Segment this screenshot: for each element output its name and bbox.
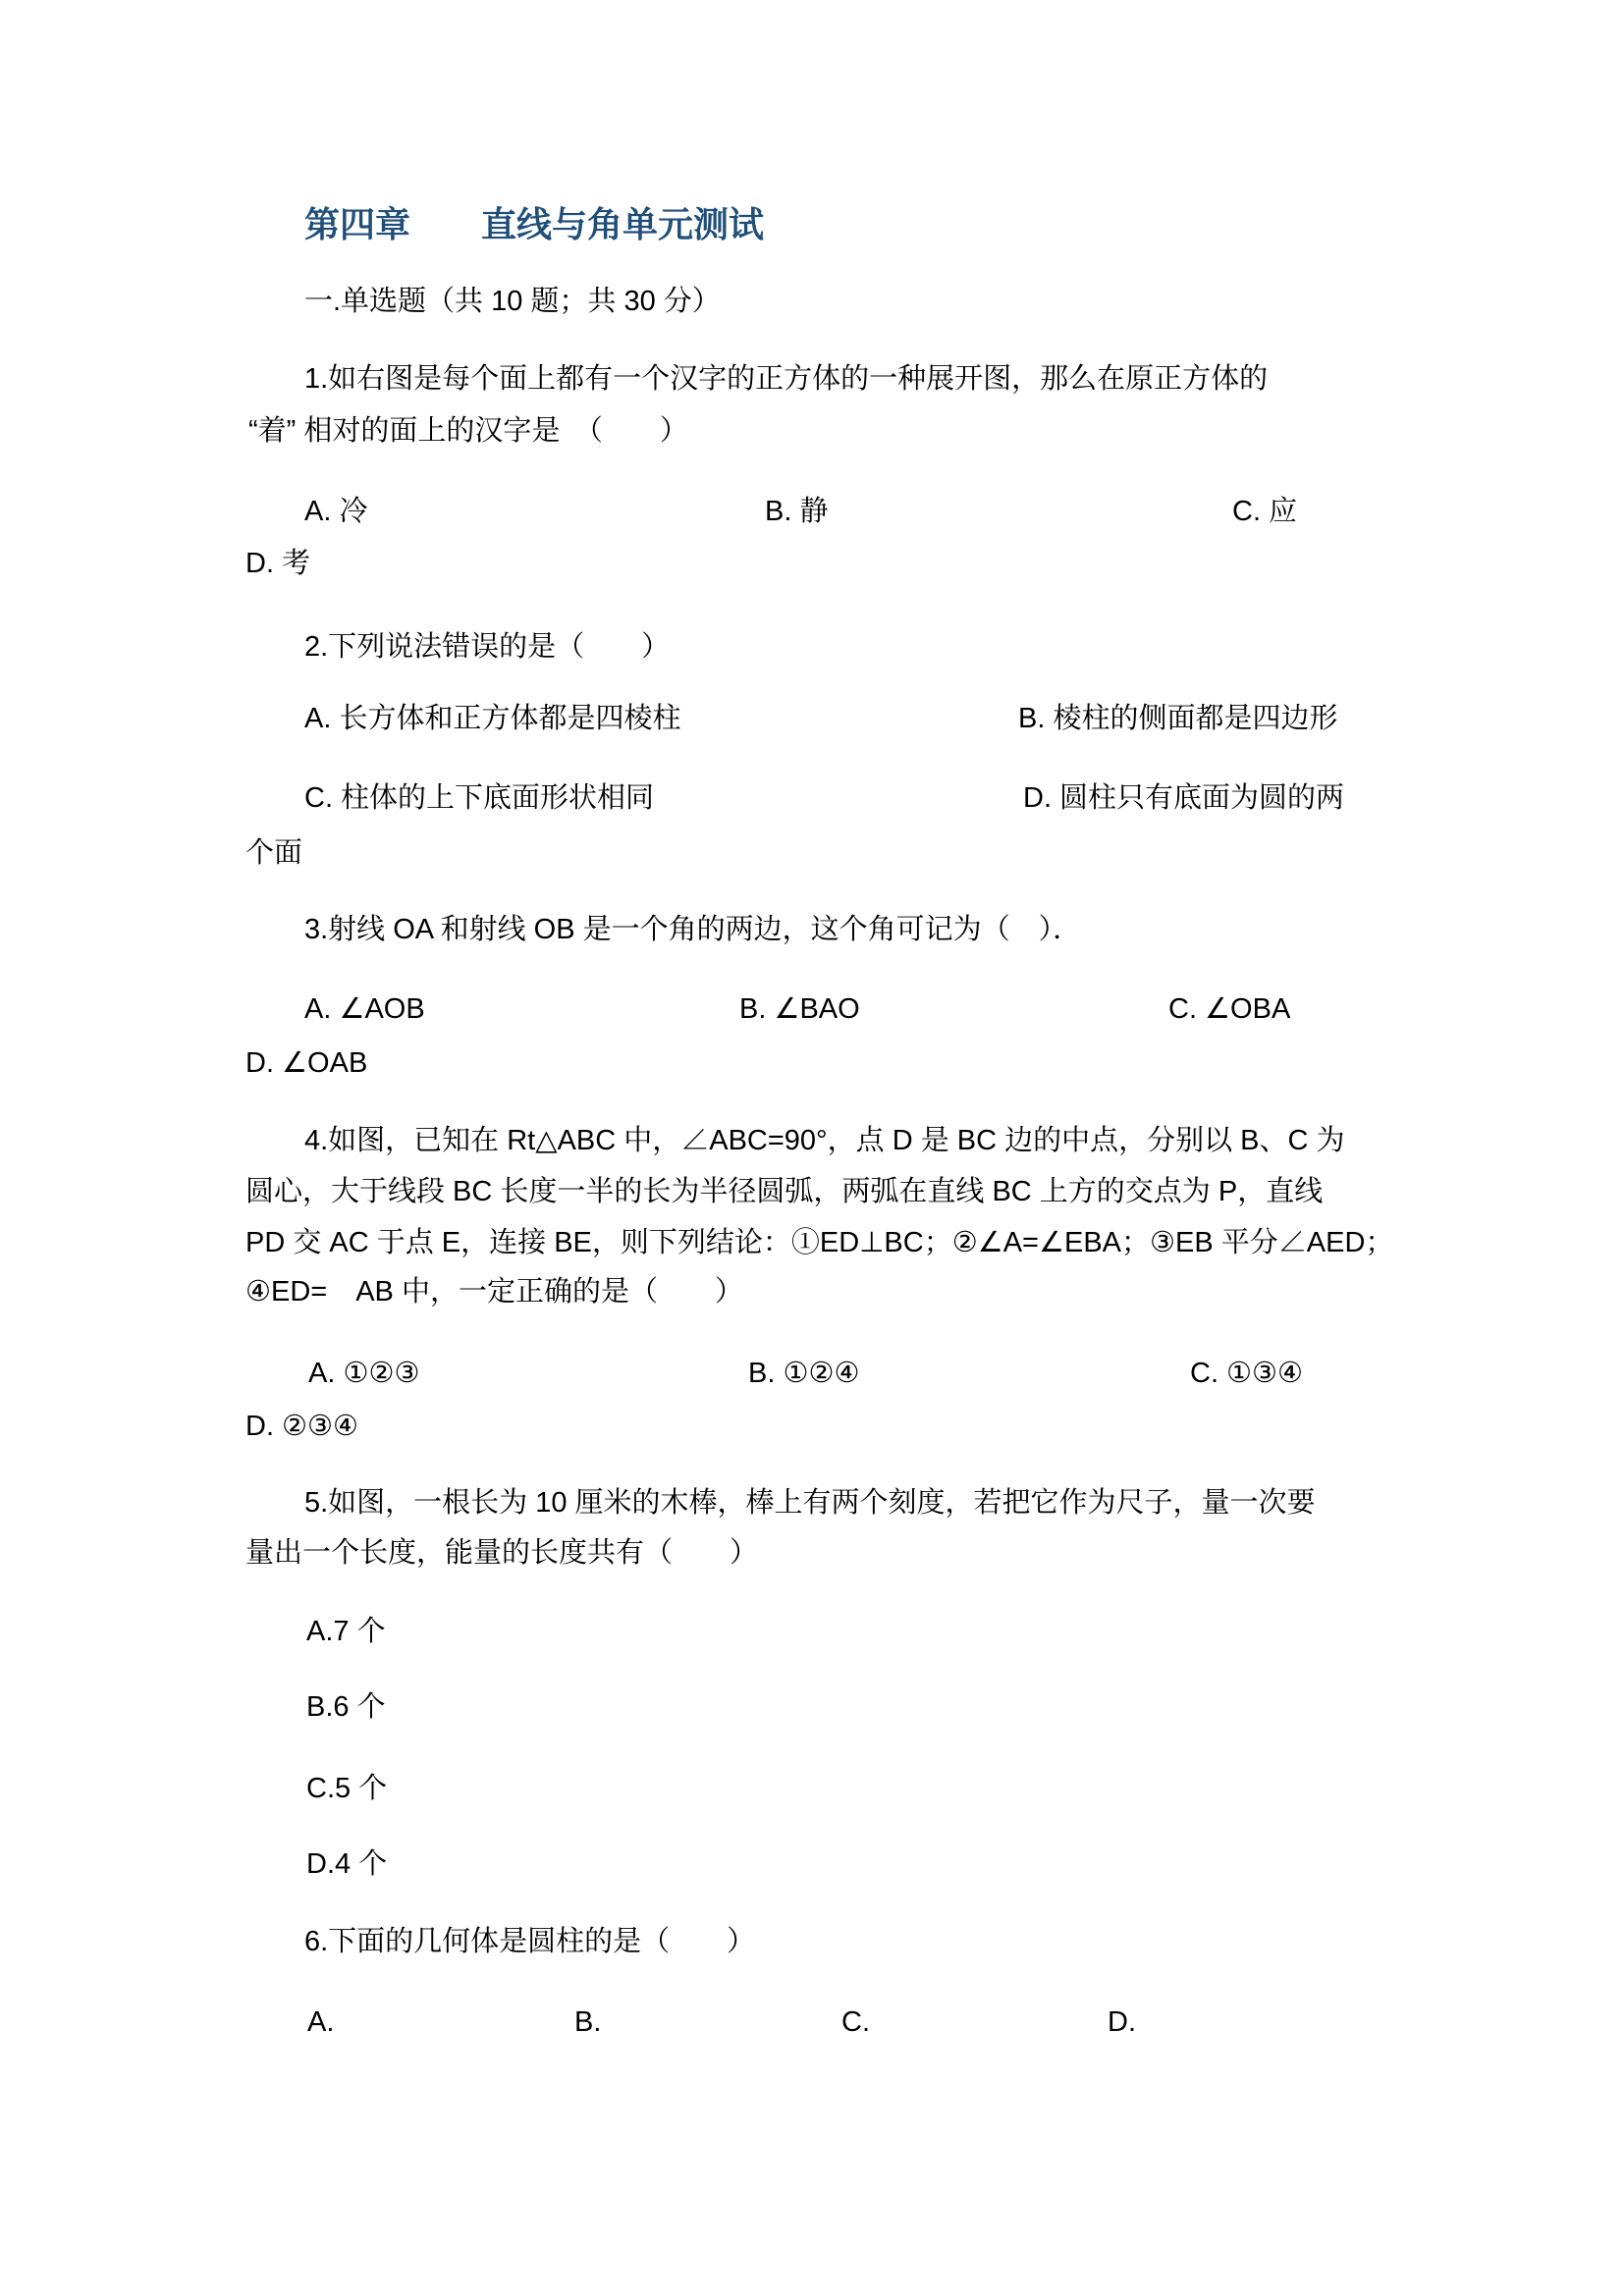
question-2-option-b: B. 棱柱的侧面都是四边形 — [1018, 701, 1337, 736]
question-2-option-a: A. 长方体和正方体都是四棱柱 — [304, 701, 680, 736]
question-6-line-1: 6.下面的几何体是圆柱的是（ ） — [304, 1924, 755, 1959]
question-1-option-c: C. 应 — [1232, 494, 1297, 529]
question-3-option-d: D. ∠OAB — [245, 1045, 367, 1081]
document-title: 第四章 直线与角单元测试 — [304, 204, 764, 245]
question-5-option-b: B.6 个 — [306, 1689, 386, 1725]
question-3-option-c: C. ∠OBA — [1168, 991, 1290, 1027]
question-1-option-d: D. 考 — [245, 546, 310, 581]
question-2-option-c: C. 柱体的上下底面形状相同 — [304, 780, 654, 816]
question-4-option-b: B. ①②④ — [748, 1356, 859, 1391]
question-3-option-b: B. ∠BAO — [739, 991, 860, 1027]
question-6-option-a: A. — [307, 2004, 334, 2040]
question-5-line-1: 5.如图，一根长为 10 厘米的木棒，棒上有两个刻度，若把它作为尺子，量一次要 — [304, 1485, 1316, 1521]
question-6-option-d: D. — [1108, 2004, 1136, 2040]
question-5-option-c: C.5 个 — [306, 1771, 387, 1806]
question-4-line-2: 圆心，大于线段 BC 长度一半的长为半径圆弧，两弧在直线 BC 上方的交点为 P… — [245, 1174, 1323, 1209]
question-4-option-a: A. ①②③ — [308, 1356, 419, 1391]
section-header: 一.单选题（共 10 题；共 30 分） — [304, 284, 721, 319]
question-4-option-d: D. ②③④ — [245, 1409, 358, 1444]
question-5-option-a: A.7 个 — [306, 1614, 386, 1649]
question-3-option-a: A. ∠AOB — [304, 991, 425, 1027]
question-3-line-1: 3.射线 OA 和射线 OB 是一个角的两边，这个角可记为（ ）． — [304, 912, 1081, 947]
question-6-option-b: B. — [574, 2004, 601, 2040]
question-4-line-3: PD 交 AC 于点 E，连接 BE，则下列结论：①ED⊥BC；②∠A=∠EBA… — [245, 1225, 1393, 1260]
question-6-option-c: C. — [841, 2004, 870, 2040]
question-1-option-b: B. 静 — [765, 494, 828, 529]
question-5-line-2: 量出一个长度，能量的长度共有（ ） — [245, 1535, 758, 1571]
question-1-line-1: 1.如右图是每个面上都有一个汉字的正方体的一种展开图，那么在原正方体的 — [304, 361, 1268, 397]
question-4-line-4: ④ED= AB 中，一定正确的是（ ） — [245, 1274, 743, 1309]
question-5-option-d: D.4 个 — [306, 1846, 387, 1882]
question-1-option-a: A. 冷 — [304, 494, 367, 529]
question-1-line-2: “着” 相对的面上的汉字是 （ ） — [248, 413, 688, 449]
question-2-option-d: D. 圆柱只有底面为圆的两 — [1023, 780, 1344, 816]
question-2-option-d-continuation: 个面 — [245, 835, 302, 871]
question-4-option-c: C. ①③④ — [1190, 1356, 1303, 1391]
question-4-line-1: 4.如图，已知在 Rt△ABC 中，∠ABC=90°，点 D 是 BC 边的中点… — [304, 1123, 1345, 1158]
document-page: 第四章 直线与角单元测试 一.单选题（共 10 题；共 30 分） 1.如右图是… — [0, 0, 1624, 2296]
question-2-line-1: 2.下列说法错误的是（ ） — [304, 629, 670, 665]
